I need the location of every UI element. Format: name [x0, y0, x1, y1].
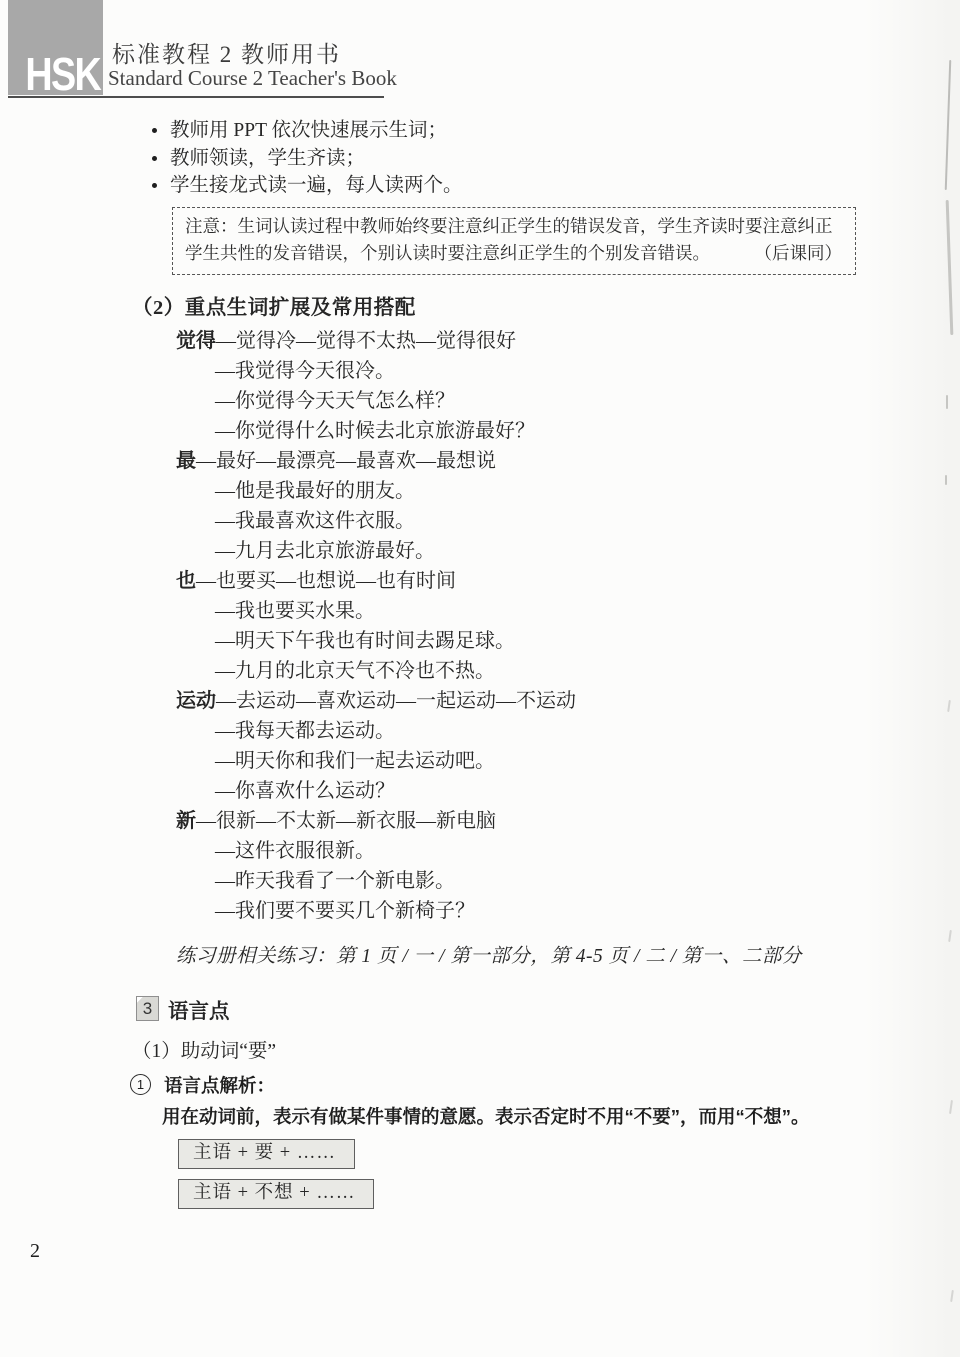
- hsk-logo: HSK: [8, 0, 103, 95]
- vocab-example: —昨天我看了一个新电影。: [215, 866, 960, 896]
- vocab-extensions: —去运动—喜欢运动—一起运动—不运动: [216, 690, 576, 712]
- page-content: 教师用 PPT 依次快速展示生词； 教师领读，学生齐读； 学生接龙式读一遍，每人…: [0, 115, 960, 1209]
- vocab-word: 觉得: [176, 330, 216, 352]
- bullet-text: 学生接龙式读一遍，每人读两个。: [170, 175, 463, 196]
- vocab-example: —明天你和我们一起去运动吧。: [215, 746, 960, 776]
- vocab-example: —你喜欢什么运动？: [215, 776, 960, 806]
- language-point-title: 语言点解析：: [164, 1072, 275, 1098]
- bullet-icon: [152, 128, 157, 133]
- hsk-logo-text: HSK: [25, 53, 100, 95]
- bullet-icon: [152, 156, 157, 161]
- scan-edge-artifact: [946, 395, 948, 409]
- vocab-example: —九月的北京天气不冷也不热。: [215, 656, 960, 686]
- vocab-word: 也: [176, 570, 196, 592]
- notice-text: 注意：生词认读过程中教师始终要注意纠正学生的错误发音，学生齐读时要注意纠正学生共…: [185, 216, 833, 263]
- vocab-word: 新: [176, 810, 196, 832]
- vocab-headword-line: 觉得—觉得冷—觉得不太热—觉得很好: [176, 326, 960, 356]
- vocab-expansion-list: 觉得—觉得冷—觉得不太热—觉得很好 —我觉得今天很冷。 —你觉得今天天气怎么样？…: [176, 326, 960, 926]
- bullet-icon: [152, 183, 157, 188]
- section3-heading: 3 语言点: [136, 994, 960, 1024]
- vocab-word: 最: [176, 450, 196, 472]
- vocab-extensions: —觉得冷—觉得不太热—觉得很好: [216, 330, 516, 352]
- language-point-title-line: 1 语言点解析：: [130, 1072, 960, 1098]
- vocab-headword-line: 最—最好—最漂亮—最喜欢—最想说: [176, 446, 960, 476]
- scan-edge-artifact: [950, 1290, 954, 1302]
- circled-number-icon: 1: [130, 1074, 151, 1095]
- vocab-headword-line: 也—也要买—也想说—也有时间: [176, 566, 960, 596]
- sentence-pattern-box: 主语 + 要 + ……: [178, 1139, 355, 1169]
- list-item: 教师领读，学生齐读；: [152, 145, 960, 173]
- vocab-extensions: —最好—最漂亮—最喜欢—最想说: [196, 450, 496, 472]
- vocab-example: —我每天都去运动。: [215, 716, 960, 746]
- vocab-headword-line: 新—很新—不太新—新衣服—新电脑: [176, 806, 960, 836]
- book-title-english: Standard Course 2 Teacher's Book: [108, 66, 397, 91]
- vocab-extensions: —很新—不太新—新衣服—新电脑: [196, 810, 496, 832]
- bullet-text: 教师领读，学生齐读；: [170, 148, 365, 169]
- language-point-explanation: 用在动词前，表示有做某件事情的意愿。表示否定时不用“不要”，而用“不想”。: [162, 1103, 960, 1129]
- header-rule: [8, 96, 384, 98]
- vocab-example: —你觉得今天天气怎么样？: [215, 386, 960, 416]
- subsection1-heading: （1）助动词“要”: [132, 1035, 960, 1063]
- vocab-example: —明天下午我也有时间去踢足球。: [215, 626, 960, 656]
- workbook-reference-note: 练习册相关练习：第 1 页 / 一 / 第一部分，第 4-5 页 / 二 / 第…: [176, 940, 960, 968]
- scan-edge-artifact: [945, 475, 947, 485]
- notice-box: 注意：生词认读过程中教师始终要注意纠正学生的错误发音，学生齐读时要注意纠正学生共…: [172, 207, 856, 275]
- list-item: 教师用 PPT 依次快速展示生词；: [152, 117, 960, 145]
- notice-suffix: （后课同）: [755, 240, 843, 267]
- vocab-example: —九月去北京旅游最好。: [215, 536, 960, 566]
- vocab-example: —我们要不要买几个新椅子？: [215, 896, 960, 926]
- sentence-pattern-box: 主语 + 不想 + ……: [178, 1179, 374, 1209]
- vocab-example: —你觉得什么时候去北京旅游最好？: [215, 416, 960, 446]
- vocab-example: —我觉得今天很冷。: [215, 356, 960, 386]
- vocab-extensions: —也要买—也想说—也有时间: [196, 570, 456, 592]
- book-title-chinese: 标准教程 2 教师用书: [112, 36, 341, 69]
- vocab-example: —我最喜欢这件衣服。: [215, 506, 960, 536]
- section-number-tag: 3: [136, 996, 159, 1021]
- section3-title: 语言点: [168, 994, 230, 1024]
- vocab-example: —他是我最好的朋友。: [215, 476, 960, 506]
- section2-heading: （2）重点生词扩展及常用搭配: [132, 290, 960, 320]
- list-item: 学生接龙式读一遍，每人读两个。: [152, 172, 960, 200]
- page-number: 2: [30, 1240, 40, 1263]
- bullet-text: 教师用 PPT 依次快速展示生词；: [170, 120, 447, 141]
- vocab-word: 运动: [176, 690, 216, 712]
- vocab-example: —这件衣服很新。: [215, 836, 960, 866]
- bullet-list: 教师用 PPT 依次快速展示生词； 教师领读，学生齐读； 学生接龙式读一遍，每人…: [152, 117, 960, 200]
- vocab-example: —我也要买水果。: [215, 596, 960, 626]
- vocab-headword-line: 运动—去运动—喜欢运动—一起运动—不运动: [176, 686, 960, 716]
